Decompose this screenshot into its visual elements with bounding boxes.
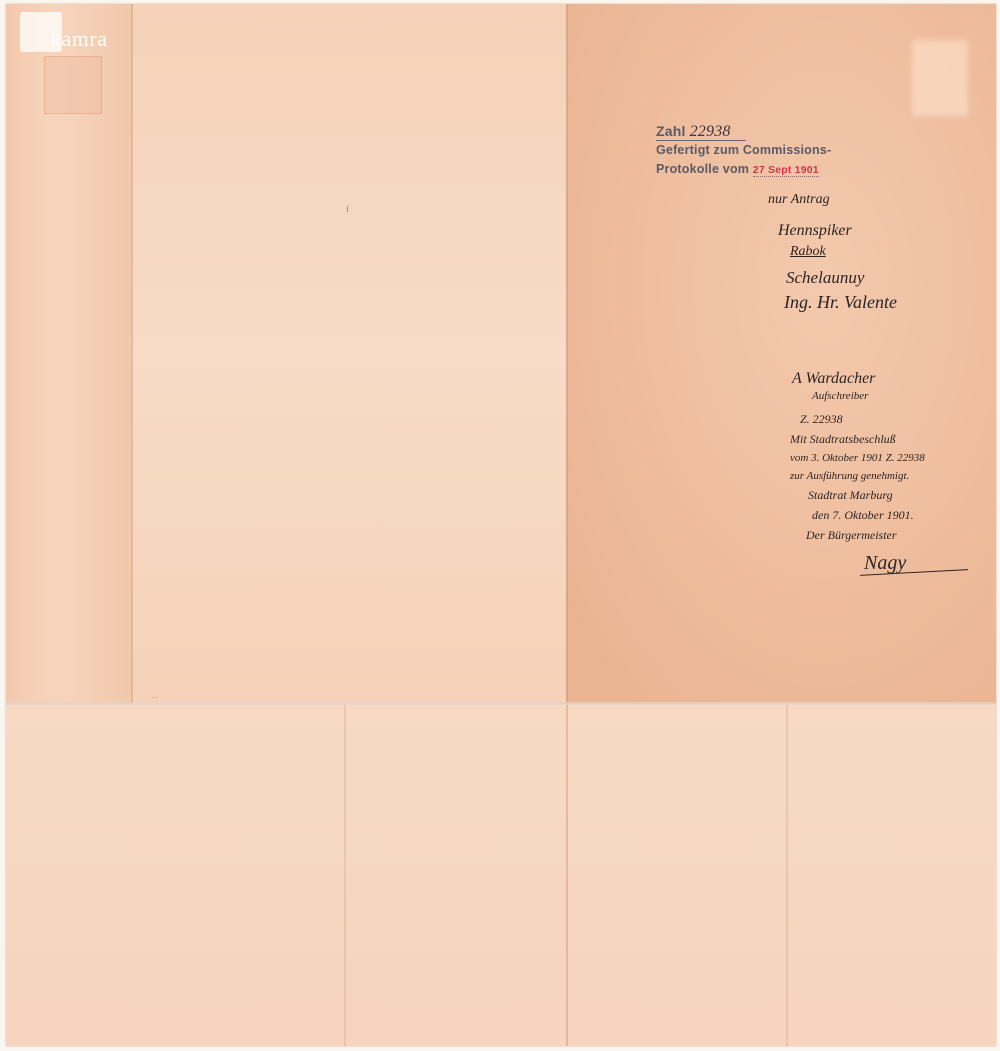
- fold-line: [131, 4, 133, 704]
- signature: Nagy: [864, 552, 906, 575]
- zahl-number: 22938: [690, 123, 731, 140]
- faded-patch: [912, 40, 968, 116]
- margin-note: ...: [151, 690, 159, 700]
- kamra-logo: kamra: [10, 8, 110, 54]
- handwriting-line: vom 3. Oktober 1901 Z. 22938: [790, 452, 925, 464]
- horizontal-fold-line: [6, 702, 996, 705]
- handwriting-line: den 7. Oktober 1901.: [812, 508, 914, 523]
- zahl-label: Zahl: [656, 123, 686, 139]
- document-sheet: ⁝ ...: [6, 4, 996, 1046]
- fold-line: [344, 704, 346, 1046]
- handwriting-line: Schelaunuy: [786, 268, 864, 288]
- handwriting-line: Der Bürgermeister: [806, 528, 897, 543]
- handwriting-line: zur Ausführung genehmigt.: [790, 470, 909, 482]
- middle-fold-panel: [131, 4, 566, 704]
- handwriting-line: Z. 22938: [800, 412, 843, 427]
- handwriting-line: Mit Stadtratsbeschluß: [790, 432, 896, 447]
- stamp-date: 27 Sept 1901: [753, 164, 819, 177]
- stamp-line1: Gefertigt zum Commissions-: [656, 141, 831, 160]
- handwriting-line: Stadtrat Marburg: [808, 488, 893, 503]
- logo-text: kamra: [50, 26, 107, 52]
- registry-stamp: Zahl22938 Gefertigt zum Commissions- Pro…: [656, 122, 831, 180]
- handwriting-line: nur Antrag: [768, 192, 830, 208]
- fold-line: [786, 704, 788, 1046]
- handwriting-line: Hennspiker: [778, 222, 852, 240]
- fold-line: [566, 4, 568, 1046]
- ink-speck: ⁝: [346, 204, 349, 215]
- handwriting-line: Aufschreiber: [812, 390, 868, 402]
- handwriting-line: Rabok: [790, 244, 826, 260]
- stamp-line2: Protokolle vom: [656, 162, 749, 176]
- handwriting-line: A Wardacher: [792, 370, 875, 388]
- bottom-fold-panel: [6, 704, 996, 1046]
- handwriting-line: Ing. Hr. Valente: [784, 292, 897, 313]
- faded-stamp-mark: [44, 56, 102, 114]
